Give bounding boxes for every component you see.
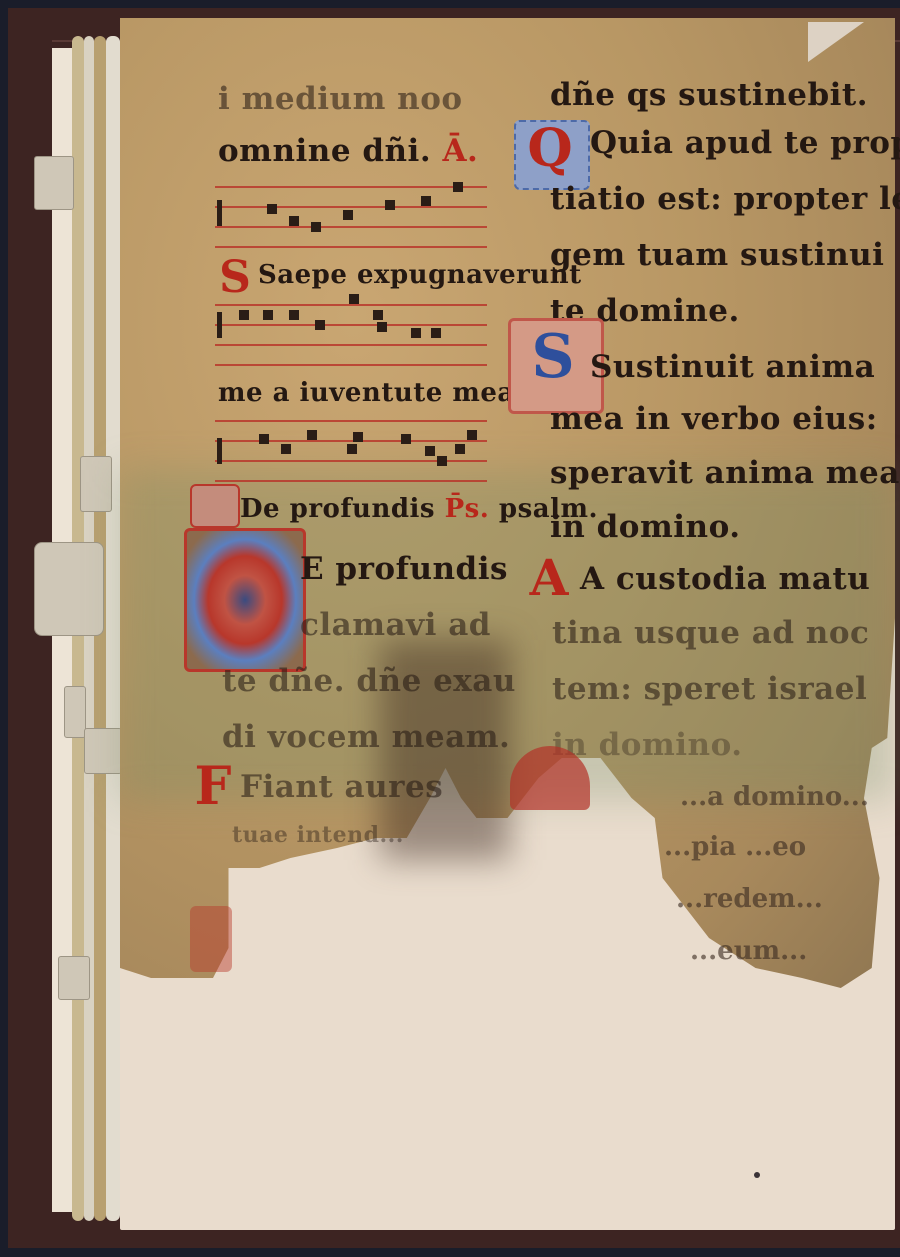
music-staff [215,186,487,250]
rubric: P̄s. [445,494,490,524]
initial-Q: Q [524,118,576,179]
text-line: di vocem meam. [222,720,510,754]
page-tab [58,956,90,1000]
text-line: te dñe. dñe exau [222,664,516,698]
text-line: Fiant aures [240,770,443,804]
page-tab [64,686,86,738]
ink-spot [754,1172,760,1178]
text-line: tem: speret israel [552,672,867,706]
text-line: De profundis [240,494,435,524]
initial-S: S [215,252,255,303]
illuminated-initial-D-large [184,528,306,672]
text-line: dñe qs sustinebit. [550,78,868,112]
illuminated-initial-D-small [190,484,240,528]
clef-icon [217,312,222,338]
text-line: Quia apud te propi [590,126,900,160]
text-line: speravit anima mea [550,456,900,490]
initial-A: A [522,548,576,607]
page-tab [84,728,122,774]
page-tab [80,456,112,512]
clef-icon [217,438,222,464]
text-line: gem tuam sustinui [550,238,884,272]
text-line: E profundis [300,552,508,586]
text-line: mea in verbo eius: [550,402,878,436]
text-line: tina usque ad noc [552,616,869,650]
initial-S-blue: S [522,322,584,392]
text-line: i medium noo [218,82,463,116]
text-line: tuae intend... [232,818,404,852]
music-staff [215,420,487,484]
page-tab [34,542,104,636]
text-line: in domino. [550,510,741,544]
text-line: omnine dñi. [218,133,431,169]
initial-F: F [188,756,238,817]
decoration-fragment [190,906,232,972]
page-tab [34,156,74,210]
stub-leaf [106,36,120,1221]
text-line: ...eum... [690,936,807,966]
text-line: tiatio est: propter le [550,182,900,216]
text-line: ...a domino... [680,782,869,812]
text-line: ...pia ...eo [664,832,806,862]
clef-icon [217,200,222,226]
text-line: A custodia matu [580,562,870,596]
text-line: Sustinuit anima [590,350,875,384]
text-line: in domino. [552,728,743,762]
text-line: clamavi ad [300,608,491,642]
music-staff [215,304,487,368]
text-line: Saepe expugnaverunt [258,258,582,292]
text-line: me a iuventute mea. [218,378,524,408]
text-line: ...redem... [676,884,823,914]
rubric: Ā. [442,133,478,169]
